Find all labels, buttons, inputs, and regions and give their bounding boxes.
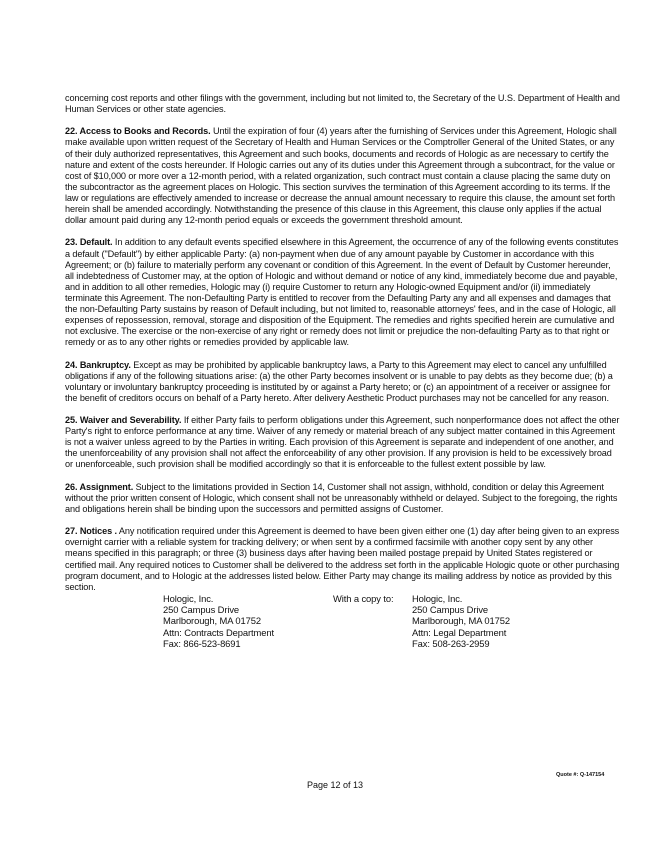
section-24: 24. Bankruptcy. Except as may be prohibi…	[65, 360, 620, 404]
notice-addresses: Hologic, Inc. 250 Campus Drive Marlborou…	[65, 593, 620, 651]
address-street: 250 Campus Drive	[412, 604, 510, 615]
copy-address: Hologic, Inc. 250 Campus Drive Marlborou…	[412, 593, 510, 649]
address-attn: Attn: Contracts Department	[163, 627, 274, 638]
section-heading: 26. Assignment.	[65, 482, 133, 492]
section-heading: 27. Notices .	[65, 526, 117, 536]
address-street: 250 Campus Drive	[163, 604, 274, 615]
quote-number: Quote #: Q-147154	[556, 772, 604, 778]
section-body: Any notification required under this Agr…	[65, 526, 619, 591]
address-fax: Fax: 508-263-2959	[412, 638, 510, 649]
address-fax: Fax: 866-523-8691	[163, 638, 274, 649]
intro-paragraph: concerning cost reports and other filing…	[65, 93, 620, 115]
section-heading: 23. Default.	[65, 237, 112, 247]
section-heading: 22. Access to Books and Records.	[65, 126, 211, 136]
page-number: Page 12 of 13	[0, 780, 670, 790]
address-name: Hologic, Inc.	[163, 593, 274, 604]
section-26: 26. Assignment. Subject to the limitatio…	[65, 482, 620, 515]
address-city: Marlborough, MA 01752	[412, 615, 510, 626]
section-body: Until the expiration of four (4) years a…	[65, 126, 617, 225]
section-22: 22. Access to Books and Records. Until t…	[65, 126, 620, 226]
document-page: concerning cost reports and other filing…	[65, 93, 620, 651]
address-attn: Attn: Legal Department	[412, 627, 510, 638]
section-body: Subject to the limitations provided in S…	[65, 482, 617, 514]
address-name: Hologic, Inc.	[412, 593, 510, 604]
copy-to-label: With a copy to:	[333, 593, 394, 604]
section-23: 23. Default. In addition to any default …	[65, 237, 620, 348]
section-body: Except as may be prohibited by applicabl…	[65, 360, 613, 403]
section-heading: 25. Waiver and Severability.	[65, 415, 181, 425]
address-city: Marlborough, MA 01752	[163, 615, 274, 626]
section-body: In addition to any default events specif…	[65, 237, 618, 347]
primary-address: Hologic, Inc. 250 Campus Drive Marlborou…	[163, 593, 274, 649]
section-25: 25. Waiver and Severability. If either P…	[65, 415, 620, 470]
section-27: 27. Notices . Any notification required …	[65, 526, 620, 593]
section-heading: 24. Bankruptcy.	[65, 360, 131, 370]
